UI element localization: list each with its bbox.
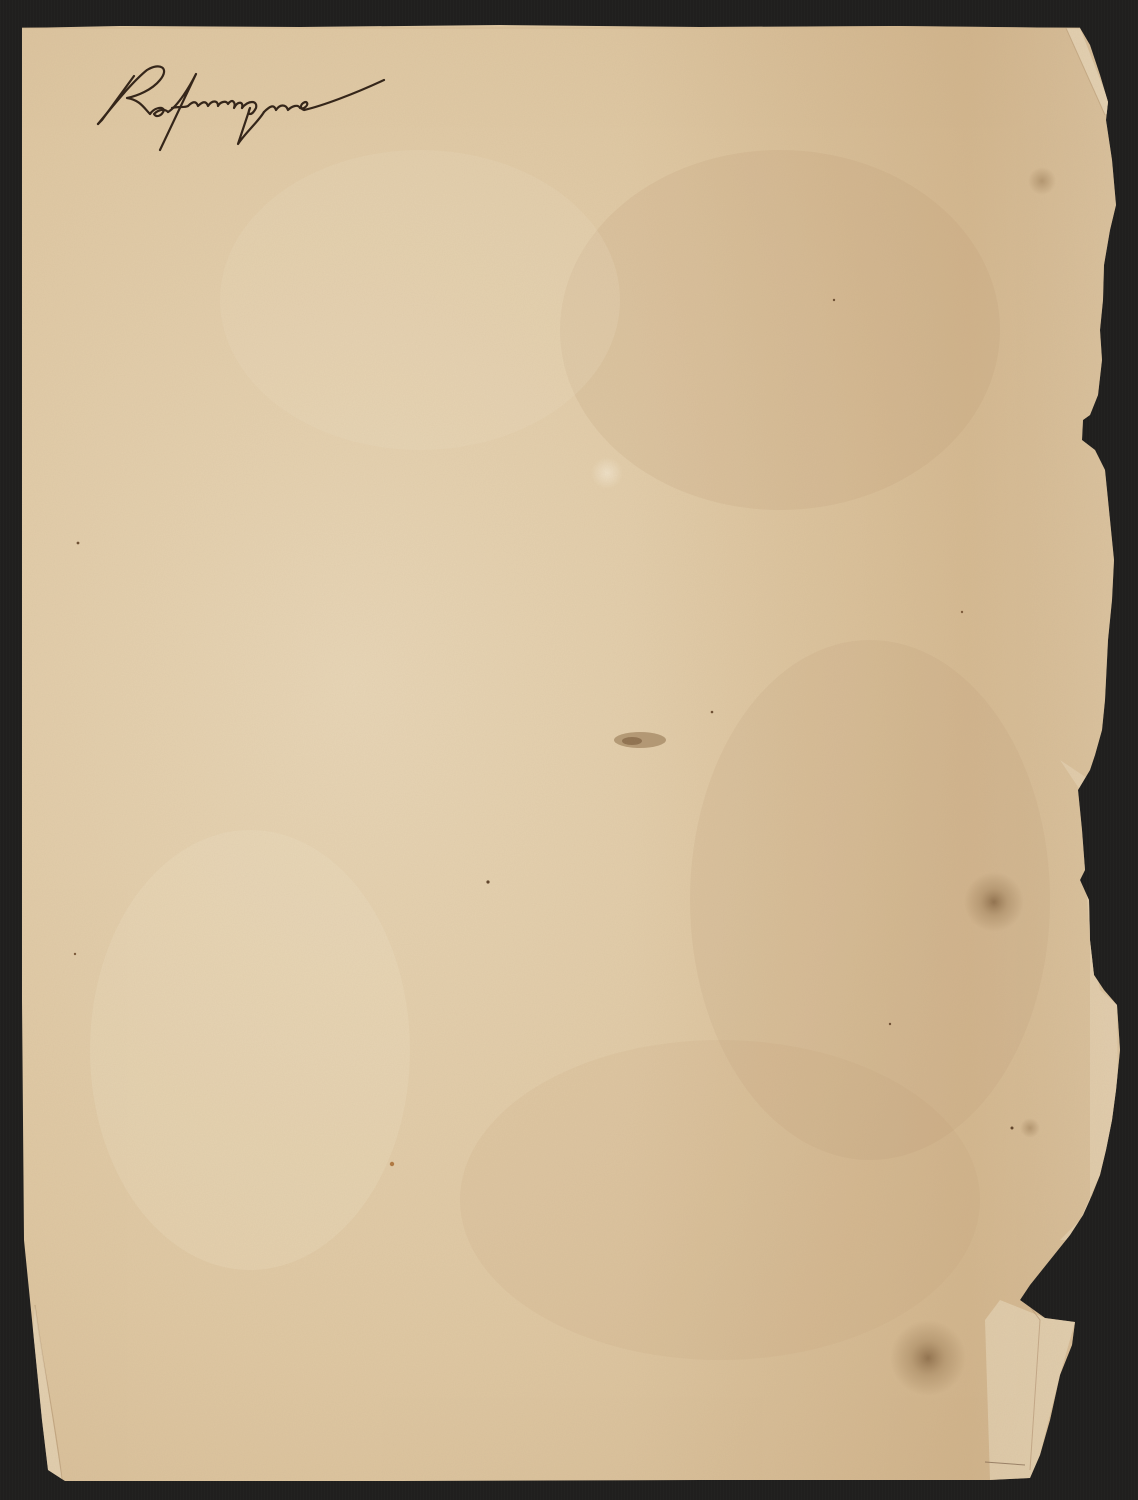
signature-ink (92, 62, 392, 172)
paper-sheet: Rafinesque (0, 0, 1138, 1500)
paper-shape (0, 0, 1138, 1500)
handwritten-signature: Rafinesque (92, 62, 392, 172)
